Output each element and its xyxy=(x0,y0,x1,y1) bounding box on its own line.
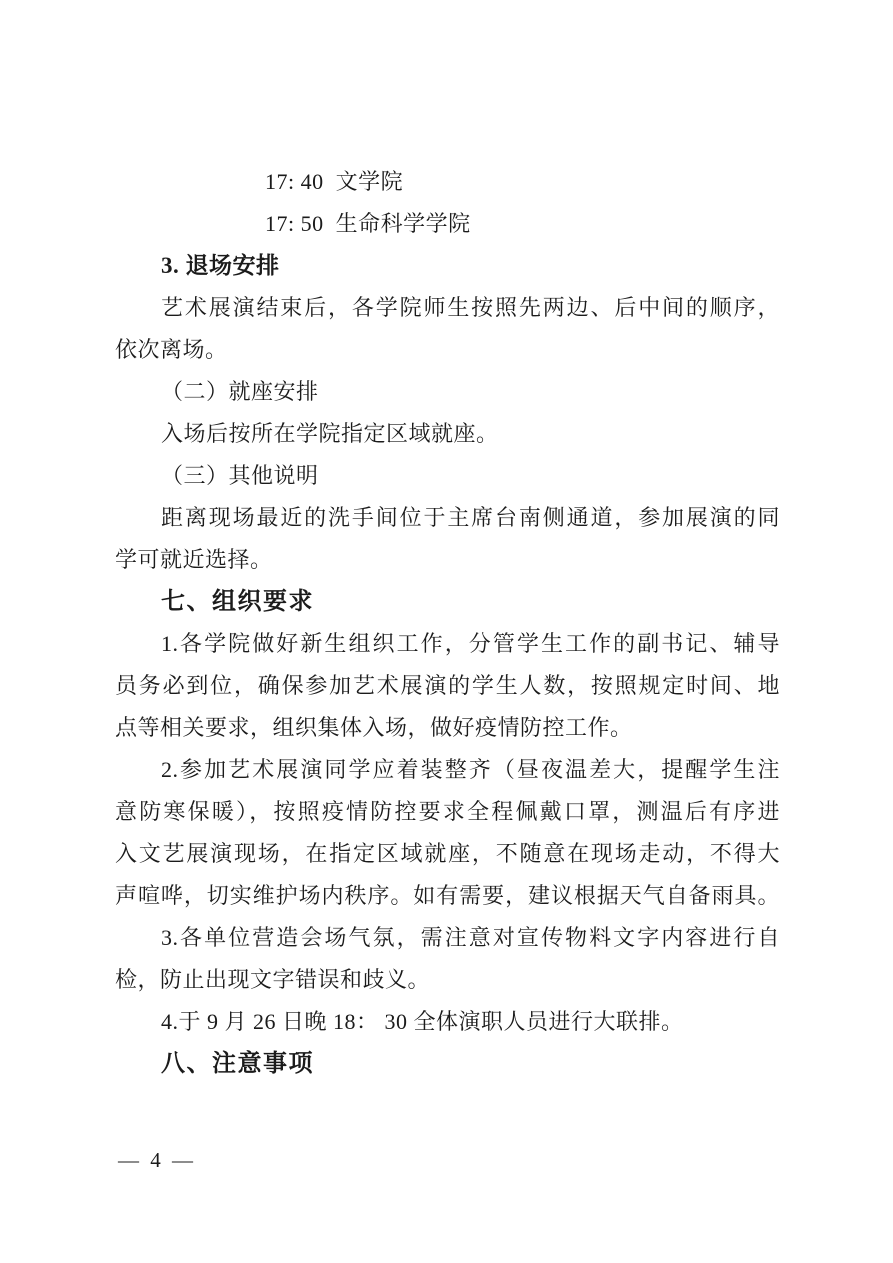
paragraph-line: 学可就近选择。 xyxy=(115,539,780,581)
document-body: 17: 40 文学院 17: 50 生命科学学院 3. 退场安排 艺术展演结束后… xyxy=(115,161,780,1085)
paragraph-line: 3.各单位营造会场气氛，需注意对宣传物料文字内容进行自 xyxy=(115,917,780,959)
section-heading-attention-items: 八、注意事项 xyxy=(115,1043,780,1085)
subsection-label-seating: （二）就座安排 xyxy=(115,371,780,413)
subsection-heading-exit-arrangement: 3. 退场安排 xyxy=(115,245,780,287)
paragraph-line: 依次离场。 xyxy=(115,329,780,371)
document-page: 17: 40 文学院 17: 50 生命科学学院 3. 退场安排 艺术展演结束后… xyxy=(0,0,893,1263)
page-number: — 4 — xyxy=(118,1148,196,1172)
paragraph-line: 入文艺展演现场，在指定区域就座，不随意在现场走动，不得大 xyxy=(115,833,780,875)
paragraph-line: 入场后按所在学院指定区域就座。 xyxy=(115,413,780,455)
paragraph-line: 4.于 9 月 26 日晚 18： 30 全体演职人员进行大联排。 xyxy=(115,1001,780,1043)
schedule-time-entry: 17: 50 生命科学学院 xyxy=(115,203,780,245)
paragraph-line: 距离现场最近的洗手间位于主席台南侧通道，参加展演的同 xyxy=(115,497,780,539)
paragraph-line: 2.参加艺术展演同学应着装整齐（昼夜温差大，提醒学生注 xyxy=(115,749,780,791)
subsection-label-other-notes: （三）其他说明 xyxy=(115,455,780,497)
paragraph-line: 检，防止出现文字错误和歧义。 xyxy=(115,959,780,1001)
section-heading-organization-requirements: 七、组织要求 xyxy=(115,581,780,623)
paragraph-line: 意防寒保暖），按照疫情防控要求全程佩戴口罩，测温后有序进 xyxy=(115,791,780,833)
paragraph-line: 1.各学院做好新生组织工作，分管学生工作的副书记、辅导 xyxy=(115,623,780,665)
paragraph-line: 员务必到位，确保参加艺术展演的学生人数，按照规定时间、地 xyxy=(115,665,780,707)
paragraph-line: 艺术展演结束后，各学院师生按照先两边、后中间的顺序， xyxy=(115,287,780,329)
page-footer: — 4 — xyxy=(118,1146,196,1174)
paragraph-line: 声喧哗，切实维护场内秩序。如有需要，建议根据天气自备雨具。 xyxy=(115,875,780,917)
schedule-time-entry: 17: 40 文学院 xyxy=(115,161,780,203)
paragraph-line: 点等相关要求，组织集体入场，做好疫情防控工作。 xyxy=(115,707,780,749)
